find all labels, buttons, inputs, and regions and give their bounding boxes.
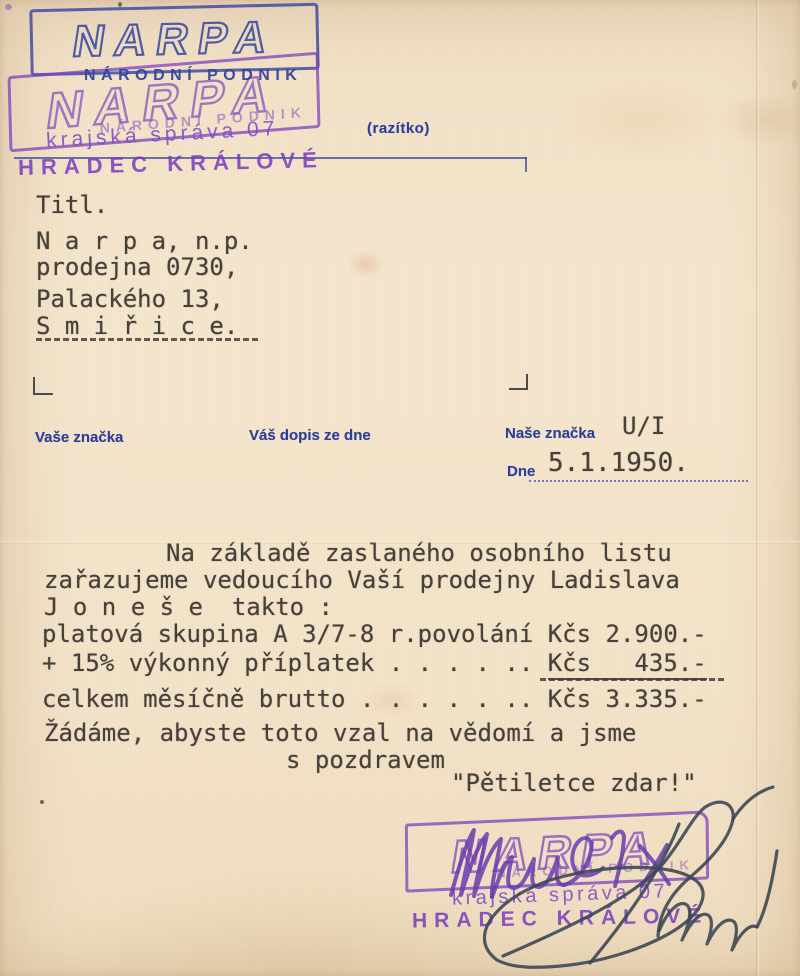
footer-stamp-city-line: HRADEC KRÁLOVÉ — [412, 904, 709, 933]
recipient-city-underline — [36, 338, 258, 341]
body-line-3: J o n e š e takto : — [44, 594, 333, 620]
body-line-2: zařazujeme vedoucího Vaší prodejny Ladis… — [44, 567, 680, 593]
vertical-crease — [756, 0, 760, 976]
fold-mark-right-horizontal — [509, 388, 528, 390]
recipient-street: Palackého 13, — [36, 286, 224, 312]
body-closing-line-2: s pozdravem — [286, 747, 445, 773]
total-label: celkem měsíčně brutto . . . . . .. — [42, 685, 548, 713]
your-ref-label: Vaše značka — [35, 429, 123, 446]
body-slogan: "Pětiletce zdar!" — [451, 770, 697, 796]
horizontal-fold-crease — [0, 541, 800, 544]
our-ref-value: U/I — [622, 413, 665, 439]
fold-mark-left-horizontal — [33, 393, 53, 395]
bonus-amount-dashed-underline — [540, 678, 724, 681]
stamp-ink-speck — [792, 80, 797, 89]
fold-mark-left-vertical — [33, 377, 35, 394]
your-letter-label: Váš dopis ze dne — [249, 427, 371, 444]
bonus-label: + 15% výkonný příplatek . . . . .. — [42, 649, 548, 677]
recipient-city: S m i ř i c e. — [36, 313, 238, 339]
total-amount: Kčs 3.335.- — [548, 685, 707, 713]
recipient-name: N a r p a, n.p. — [36, 228, 253, 254]
body-bonus-line: + 15% výkonný příplatek . . . . .. Kčs 4… — [42, 650, 707, 676]
body-salary-line: platová skupina A 3/7-8 r.povolání Kčs 2… — [42, 621, 707, 647]
ink-speck — [118, 2, 122, 7]
body-total-line: celkem měsíčně brutto . . . . . .. Kčs 3… — [42, 686, 707, 712]
body-closing-line-1: Žádáme, abyste toto vzal na vědomí a jsm… — [44, 720, 636, 746]
recipient-branch: prodejna 0730, — [36, 254, 238, 280]
recipient-salutation: Titl. — [36, 192, 108, 218]
letter-page: (razítko) NARPA NÁRODNÍ PODNIK NARPA NÁR… — [0, 0, 800, 976]
bonus-amount: Kčs 435.- — [548, 649, 707, 680]
narpa-blue-subtitle: NÁRODNÍ PODNIK — [84, 67, 302, 85]
date-value: 5.1.1950. — [548, 450, 689, 476]
razitko-label: (razítko) — [367, 120, 430, 137]
stamp-area-rule-tick — [525, 157, 527, 172]
ink-speck — [40, 800, 44, 804]
stamp-ink-speck — [5, 4, 12, 10]
our-ref-label: Naše značka — [505, 425, 595, 442]
